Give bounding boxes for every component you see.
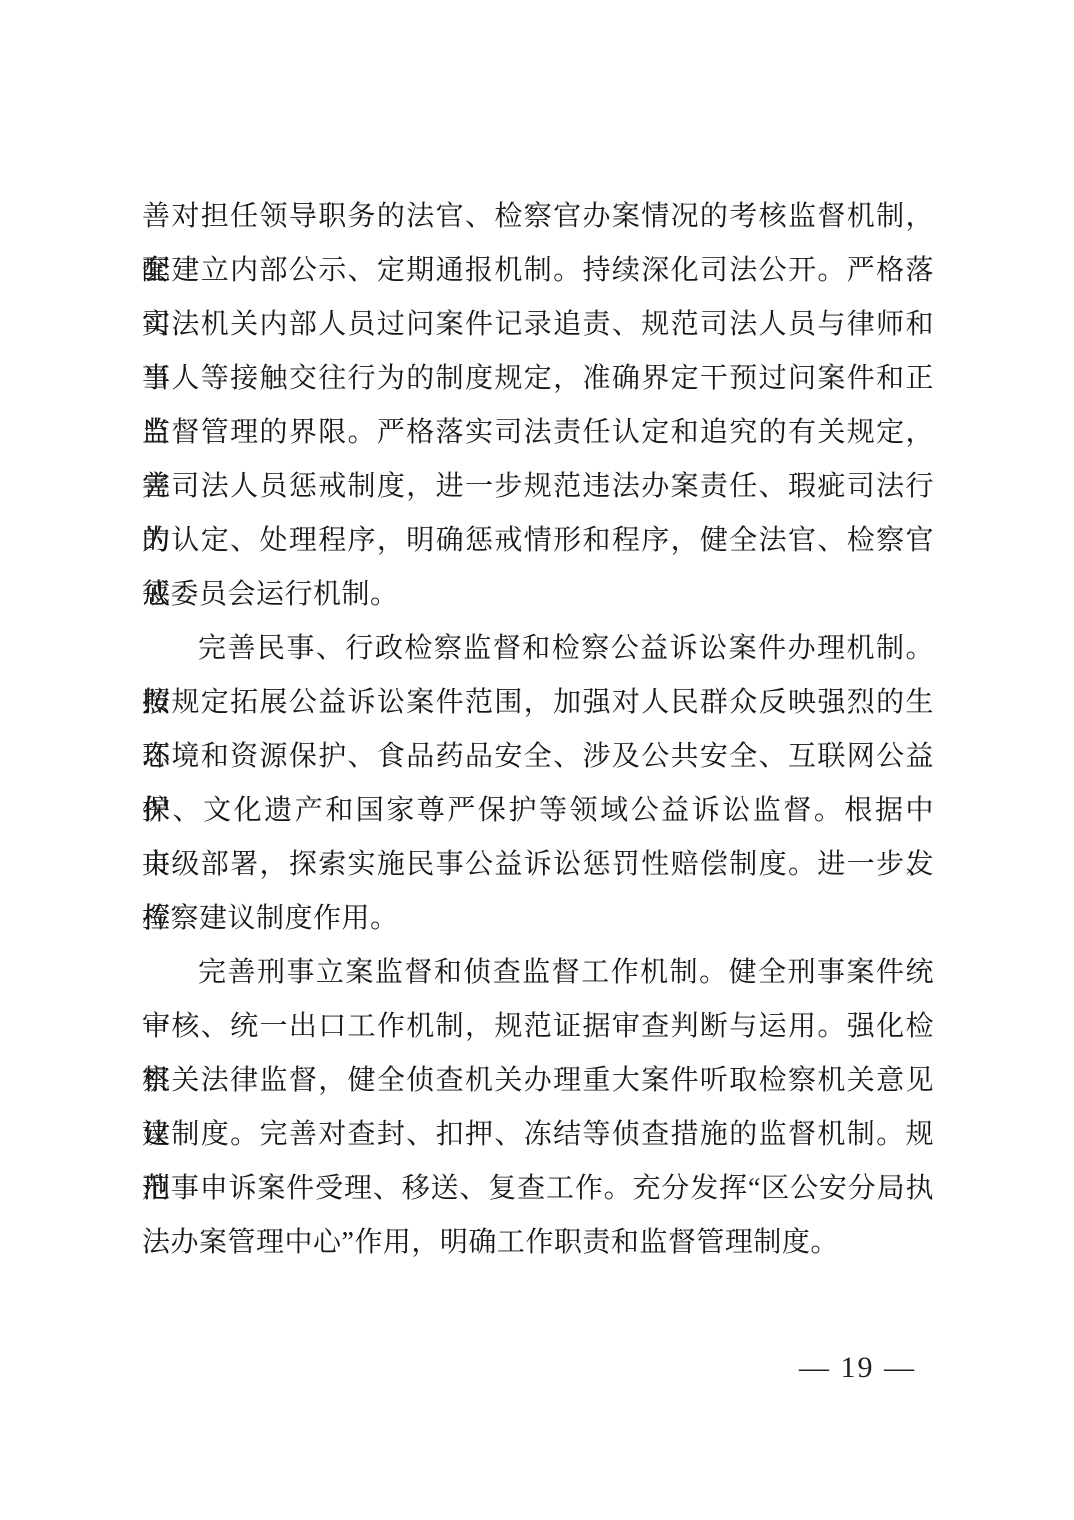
text-line: 的认定、处理程序，明确惩戒情形和程序，健全法官、检察官惩: [142, 514, 934, 568]
text-line: 法办案管理中心”作用，明确工作职责和监督管理制度。: [142, 1216, 934, 1270]
text-line: 审核、统一出口工作机制，规范证据审查判断与运用。强化检察: [142, 1000, 934, 1054]
text-line: 完善民事、行政检察监督和检察公益诉讼案件办理机制。按: [142, 622, 934, 676]
document-page: 善对担任领导职务的法官、检察官办案情况的考核监督机制，配套建立内部公示、定期通报…: [0, 0, 1074, 1520]
document-text: 善对担任领导职务的法官、检察官办案情况的考核监督机制，配套建立内部公示、定期通报…: [142, 190, 934, 1270]
text-line: 司法机关内部人员过问案件记录追责、规范司法人员与律师和当: [142, 298, 934, 352]
text-line: 善对担任领导职务的法官、检察官办案情况的考核监督机制，配: [142, 190, 934, 244]
text-line: 完善刑事立案监督和侦查监督工作机制。健全刑事案件统一: [142, 946, 934, 1000]
text-line: 市级部署，探索实施民事公益诉讼惩罚性赔偿制度。进一步发挥: [142, 838, 934, 892]
text-line: 照规定拓展公益诉讼案件范围，加强对人民群众反映强烈的生态: [142, 676, 934, 730]
text-line: 检察建议制度作用。: [142, 892, 934, 946]
text-line: 事人等接触交往行为的制度规定，准确界定干预过问案件和正当: [142, 352, 934, 406]
text-line: 机关法律监督，健全侦查机关办理重大案件听取检察机关意见建: [142, 1054, 934, 1108]
text-line: 善司法人员惩戒制度，进一步规范违法办案责任、瑕疵司法行为: [142, 460, 934, 514]
page-number: — 19 —: [799, 1348, 916, 1388]
text-line: 护、文化遗产和国家尊严保护等领域公益诉讼监督。根据中央、: [142, 784, 934, 838]
text-line: 环境和资源保护、食品药品安全、涉及公共安全、互联网公益保: [142, 730, 934, 784]
text-line: 刑事申诉案件受理、移送、复查工作。充分发挥“区公安分局执: [142, 1162, 934, 1216]
text-line: 套建立内部公示、定期通报机制。持续深化司法公开。严格落实: [142, 244, 934, 298]
text-line: 议制度。完善对查封、扣押、冻结等侦查措施的监督机制。规范: [142, 1108, 934, 1162]
text-line: 戒委员会运行机制。: [142, 568, 934, 622]
text-line: 监督管理的界限。严格落实司法责任认定和追究的有关规定，完: [142, 406, 934, 460]
